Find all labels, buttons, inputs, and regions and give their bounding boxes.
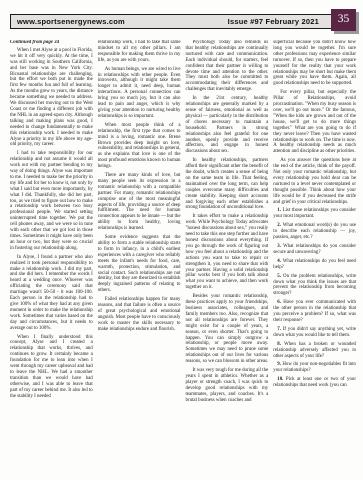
article-paragraph: As human beings, we are wired to live in…: [98, 67, 181, 120]
text-column-3: Psychology Today also reminds us that he…: [186, 40, 269, 444]
question-item: 5. On the problem relationships, write d…: [273, 274, 356, 298]
magazine-page: www.sportsenergynews.com Issue #97 Febru…: [0, 0, 363, 480]
page-number-badge: 35: [331, 9, 356, 31]
question-item: 6. Have you ever communicated with the o…: [273, 300, 356, 324]
question-item: 9. How do your non-negotiables fit into …: [273, 362, 356, 374]
question-item: 3. What relationships do you consider se…: [273, 244, 356, 256]
article-columns: Continued from page 34When I met Alyse a…: [10, 40, 356, 444]
question-item: 2. What emotional word(s) do you use to …: [273, 223, 356, 241]
article-paragraph: In the 21st century, healthy relationshi…: [186, 96, 269, 155]
article-paragraph: relationship work, I had to take that sa…: [98, 40, 181, 64]
page-header-bar: www.sportsenergynews.com Issue #97 Febru…: [10, 14, 352, 29]
article-paragraph: When I met Alyse at a pool in Florida, w…: [10, 48, 93, 148]
article-paragraph: Psychology Today also reminds us that he…: [186, 40, 269, 93]
article-paragraph: When I finally understood this concept, …: [10, 335, 93, 400]
question-item: 4. What relationships do you feel need h…: [273, 259, 356, 271]
article-paragraph: Failed relationships happen for many rea…: [98, 297, 181, 332]
issue-date: Issue #97 February 2021: [228, 17, 319, 26]
article-paragraph: Some evidence suggests that the ability …: [98, 235, 181, 294]
continued-notice: Continued from page 34: [10, 40, 93, 46]
article-paragraph: In Alyse, I found a partner who also rea…: [10, 255, 93, 332]
question-item: 1. List those relationships you consider…: [273, 208, 356, 220]
question-item: 8. When has a broken or wounded relation…: [273, 342, 356, 360]
website-url: www.sportsenergynews.com: [17, 17, 125, 26]
question-item: 10. Pick at least one or two of your rel…: [273, 377, 356, 389]
article-paragraph: I had to take responsibility for our rel…: [10, 151, 93, 251]
text-column-4: superficial because you didn't know how …: [273, 40, 356, 444]
text-column-2: relationship work, I had to take that sa…: [98, 40, 181, 444]
article-paragraph: There are many kinds of love, but many p…: [98, 173, 181, 232]
article-paragraph: It takes effort to make a relationship w…: [186, 214, 269, 291]
article-paragraph: In healthy relationships, partners affor…: [186, 158, 269, 211]
article-paragraph: As you answer the questions here at the …: [273, 158, 356, 205]
article-paragraph: When most people think of a relationship…: [98, 123, 181, 170]
article-paragraph: It was very tough for me during all the …: [186, 368, 269, 403]
article-paragraph: For every pillar, but especially the Pil…: [273, 90, 356, 155]
text-column-1: Continued from page 34When I met Alyse a…: [10, 40, 93, 444]
article-paragraph: Besides your romantic relationship, thes…: [186, 294, 269, 365]
question-item: 7. If you didn't say anything yet, write…: [273, 327, 356, 339]
article-paragraph: superficial because you didn't know how …: [273, 40, 356, 87]
